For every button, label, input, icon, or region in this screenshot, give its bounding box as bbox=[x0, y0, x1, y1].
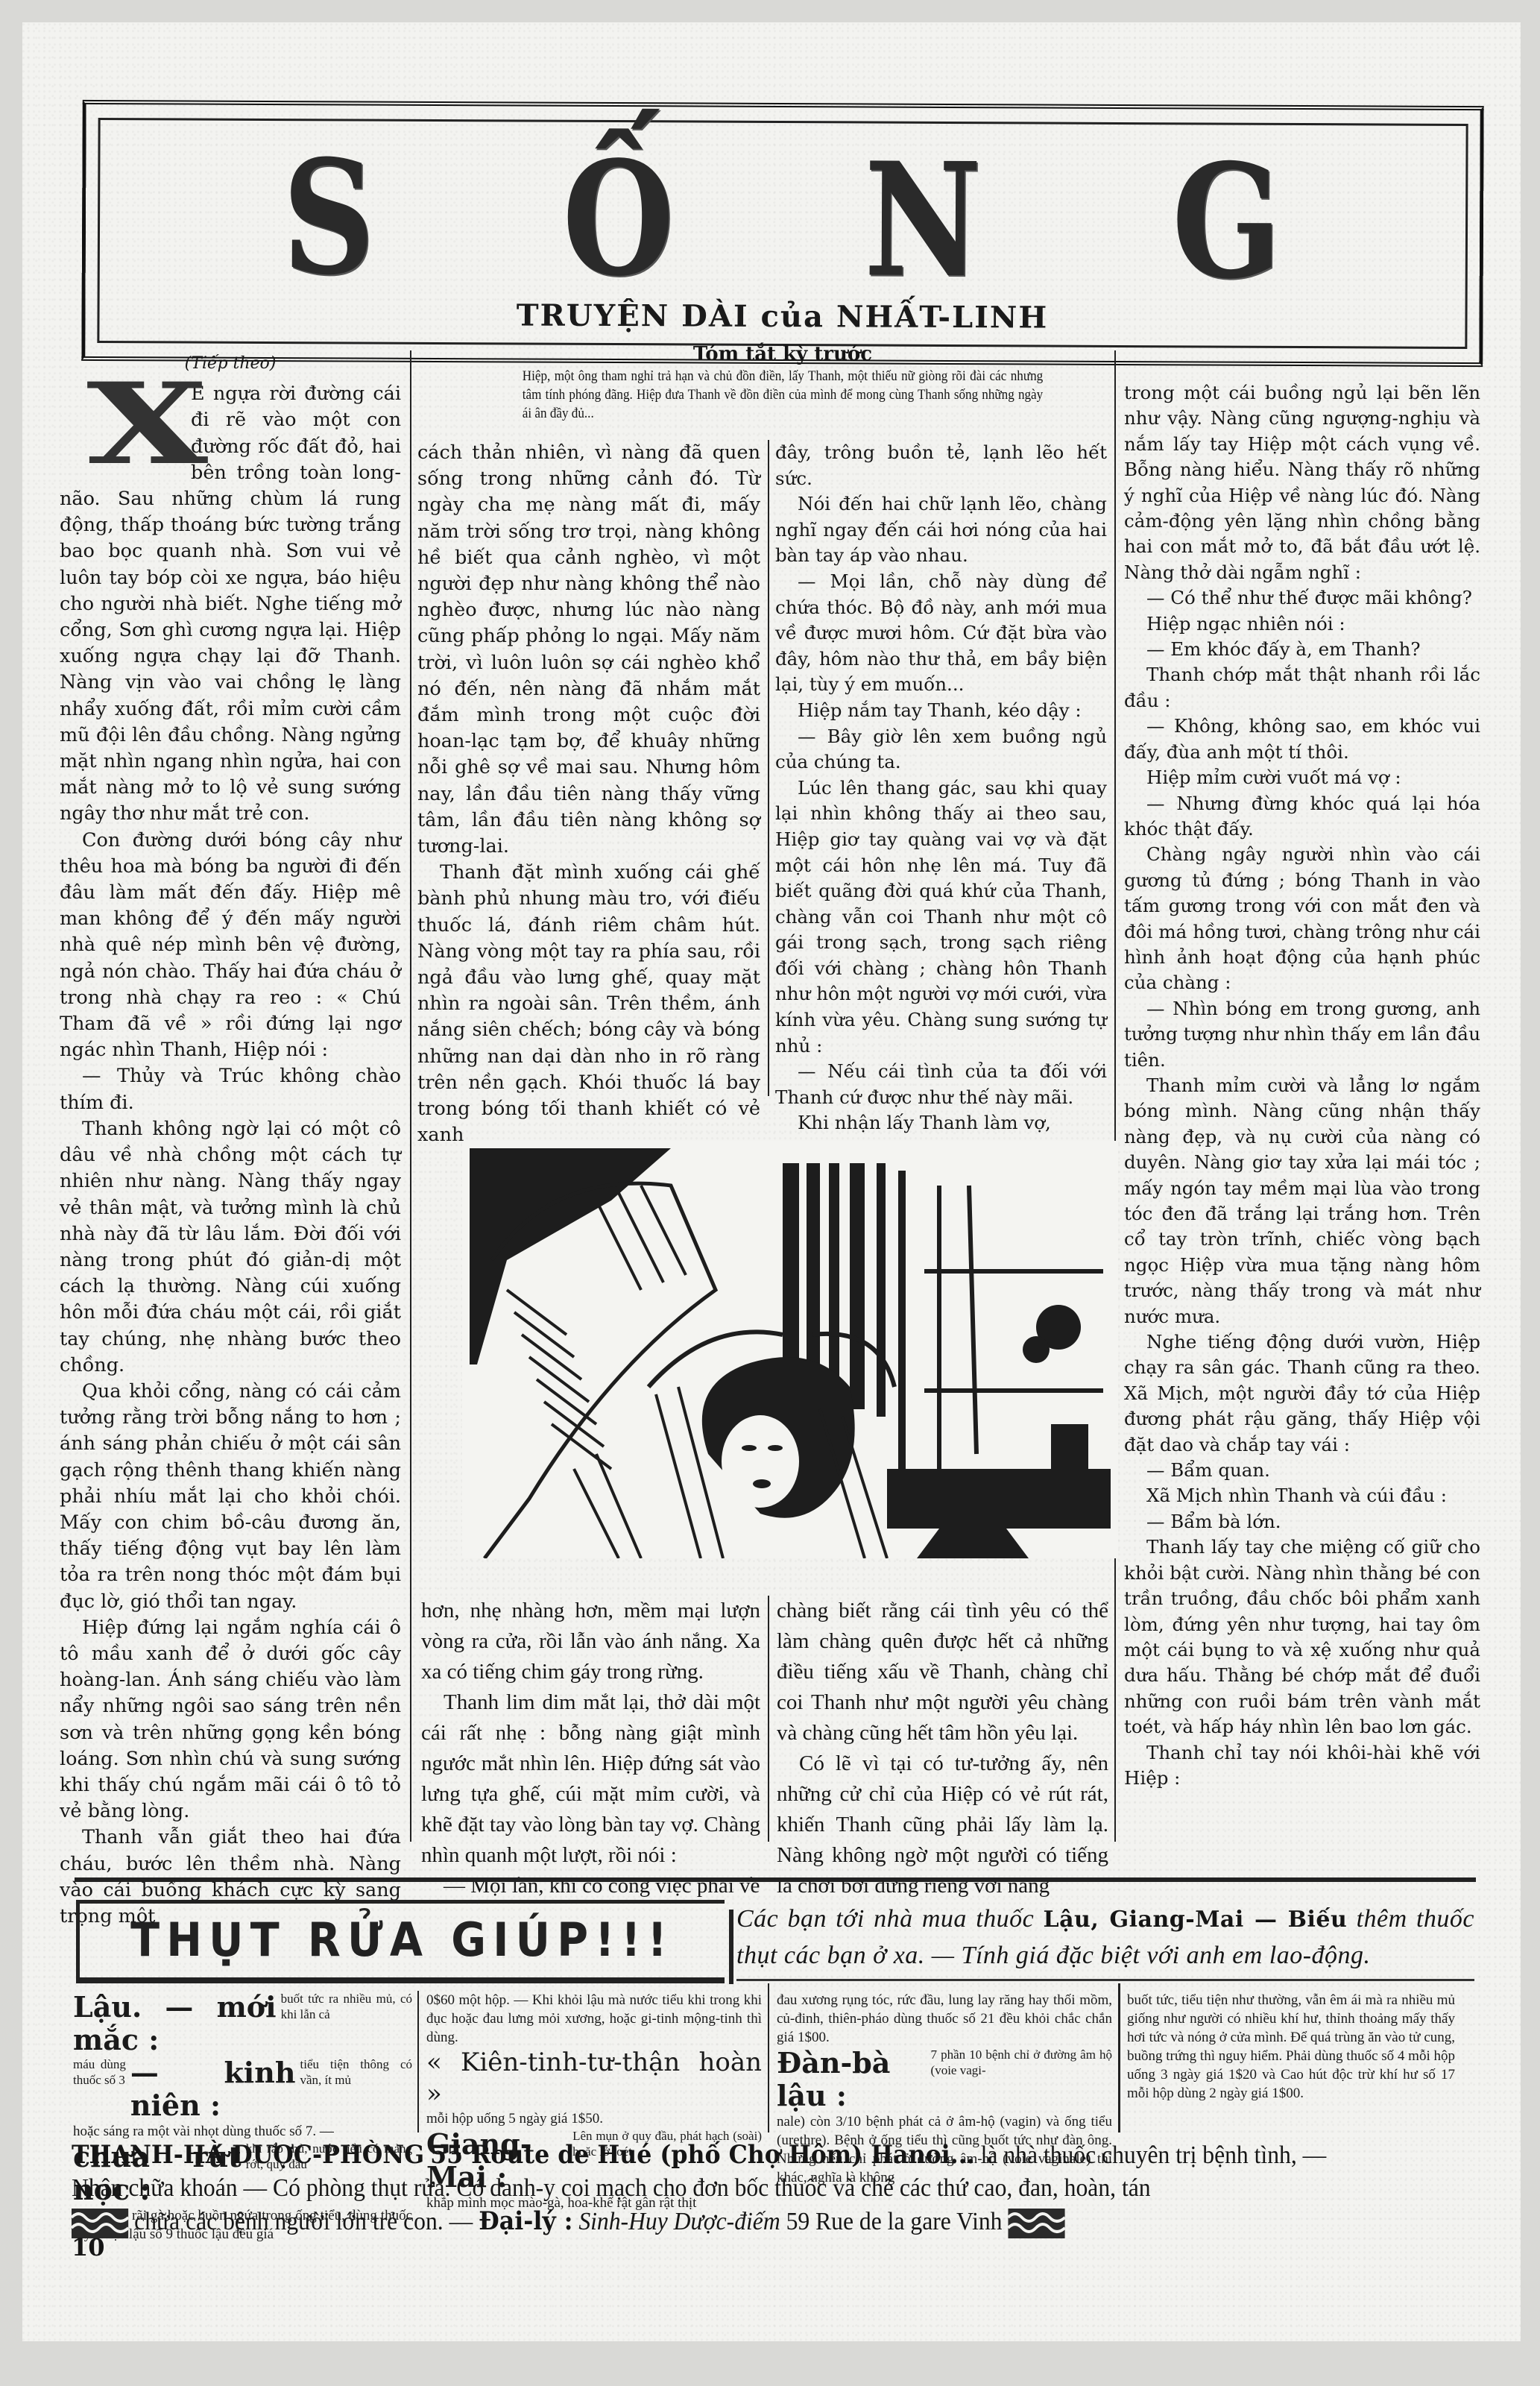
paragraph: Qua khỏi cổng, nàng có cái cảm tưởng rằn… bbox=[60, 1379, 401, 1615]
ad-row: máu dùng thuốc số 3 — kinh niên : tiểu t… bbox=[73, 2056, 412, 2122]
ad-headline: THỤT RỬA GIÚP!!! bbox=[106, 1913, 699, 1967]
article-column-2-lower: hơn, nhẹ nhàng hơn, mềm mại lượn vòng ra… bbox=[421, 1596, 760, 1901]
newspaper-page: S Ố N G TRUYỆN DÀI của NHẤT-LINH Tóm tắt… bbox=[22, 22, 1521, 2341]
paragraph: Thanh chỉ tay nói khôi-hài khẽ với Hiệp … bbox=[1124, 1740, 1480, 1792]
paragraph: Hiệp mỉm cười vuốt má vợ : bbox=[1124, 765, 1480, 790]
pharmacy-name: THANH-HÀ DƯỢC-PHÒNG bbox=[72, 2140, 424, 2170]
pharmacy-footer: THANH-HÀ DƯỢC-PHÒNG 55 Route de Hué (phố… bbox=[72, 2138, 1389, 2241]
paragraph: — Bây giờ lên xem buồng ngủ của chúng ta… bbox=[775, 724, 1107, 775]
paragraph: Hiệp ngạc nhiên nói : bbox=[1124, 611, 1480, 637]
paragraph: Nghe tiếng động dưới vườn, Hiệp chạy ra … bbox=[1124, 1329, 1480, 1458]
masthead-frame: S Ố N G TRUYỆN DÀI của NHẤT-LINH bbox=[81, 100, 1484, 367]
paragraph: Chàng ngây người nhìn vào cái gương tủ đ… bbox=[1124, 842, 1480, 995]
ad-column-divider bbox=[1118, 1983, 1120, 2132]
ad-text: 0$60 một hộp. — Khi khỏi lậu mà nước tiể… bbox=[426, 1991, 762, 2047]
paragraph: — Thủy và Trúc không chào thím đi. bbox=[60, 1063, 401, 1115]
agent-name: Sinh-Huy Dược-điếm bbox=[578, 2208, 780, 2235]
drop-cap: X bbox=[60, 384, 235, 466]
masthead-inner-border: S Ố N G TRUYỆN DÀI của NHẤT-LINH bbox=[97, 118, 1468, 349]
footer-line-2: Nhận chữa khoán — Có phòng thụt rửa. Có … bbox=[72, 2172, 1389, 2205]
paragraph: Hiệp nắm tay Thanh, kéo dậy : bbox=[775, 698, 1107, 724]
ad-row: Đàn-bà lậu : 7 phần 10 bệnh chỉ ở đường … bbox=[777, 2047, 1112, 2112]
paragraph: Khi nhận lấy Thanh làm vợ, bbox=[775, 1110, 1107, 1136]
ad-text: buốt tức ra nhiều mủ, có khi lẫn cả bbox=[281, 1991, 412, 2022]
paragraph: Nói đến hai chữ lạnh lẽo, chàng nghĩ nga… bbox=[775, 491, 1107, 569]
paragraph: — Có thể như thế được mãi không? bbox=[1124, 585, 1480, 611]
ad-tagline-pre: Các bạn tới nhà mua thuốc bbox=[736, 1905, 1034, 1933]
ad-top-rule bbox=[75, 1877, 1476, 1882]
opening-paragraph-wrap: X E ngựa rời đường cái đi rẽ vào một con… bbox=[60, 381, 401, 827]
summary-title: Tóm tắt kỳ trước bbox=[447, 343, 1118, 365]
ad-tagline-rule bbox=[736, 1979, 1474, 1981]
paragraph: chàng biết rằng cái tình yêu có thể làm … bbox=[777, 1596, 1108, 1748]
paragraph: Hiệp đứng lại ngắm nghía cái ô tô mầu xa… bbox=[60, 1615, 401, 1825]
article-column-4: trong một cái buồng ngủ lại bẽn lẽn như … bbox=[1124, 380, 1480, 1791]
footer-line-3: chữa các bệnh người lớn trẻ con. — Đại-l… bbox=[72, 2205, 1389, 2241]
column-divider bbox=[768, 1596, 769, 1842]
page-number: 10 bbox=[72, 2233, 105, 2261]
byline: TRUYỆN DÀI của NHẤT-LINH bbox=[99, 296, 1465, 337]
title-letter: N bbox=[864, 145, 982, 295]
paragraph: Thanh lim dim mắt lại, thở dài một cái r… bbox=[421, 1687, 760, 1871]
title-letter: G bbox=[1172, 147, 1282, 297]
paragraph: Con đường dưới bóng cây như thêu hoa mà … bbox=[60, 828, 401, 1064]
column-divider bbox=[1114, 350, 1116, 1842]
paragraph: đây, trông buồn tẻ, lạnh lẽo hết sức. bbox=[775, 440, 1107, 491]
paragraph: — Bẩm bà lớn. bbox=[1124, 1509, 1480, 1534]
summary-body: Hiệp, một ông tham nghỉ trả hạn và chủ đ… bbox=[481, 367, 1085, 423]
paragraph: Thanh lấy tay che miệng cố giữ cho khỏi … bbox=[1124, 1534, 1480, 1740]
paragraph: Xã Mịch nhìn Thanh và cúi đầu : bbox=[1124, 1483, 1480, 1508]
ad-column-divider bbox=[768, 1983, 769, 2132]
paragraph: — Nhưng đừng khóc quá lại hóa khóc thật … bbox=[1124, 791, 1480, 843]
title-letter: S bbox=[282, 143, 375, 293]
paragraph: — Em khóc đấy à, em Thanh? bbox=[1124, 637, 1480, 662]
paragraph: — Bẩm quan. bbox=[1124, 1458, 1480, 1483]
paragraph: trong một cái buồng ngủ lại bẽn lẽn như … bbox=[1124, 380, 1480, 585]
ad-row: Lậu. — mới mắc : buốt tức ra nhiều mủ, c… bbox=[73, 1991, 412, 2056]
ad-text: mỗi hộp uống 5 ngày giá 1$50. bbox=[426, 2109, 762, 2128]
ad-tagline-bold: Lậu, Giang-Mai — Biếu bbox=[1044, 1907, 1348, 1933]
ad-text: đau xương rụng tóc, rức đầu, lung lay ră… bbox=[777, 1991, 1112, 2047]
paragraph: — Mọi lần, khi có công việc phải về bbox=[421, 1871, 760, 1901]
paragraph: — Không, không sao, em khóc vui đấy, đùa… bbox=[1124, 714, 1480, 765]
paragraph: Thanh chớp mắt thật nhanh rồi lắc đầu : bbox=[1124, 662, 1480, 714]
paragraph: cách thản nhiên, vì nàng đã quen sống tr… bbox=[417, 440, 760, 860]
article-column-1: (Tiếp theo) X E ngựa rời đường cái đi rẽ… bbox=[60, 350, 401, 1930]
footer-text: chữa các bệnh người lớn trẻ con. — bbox=[134, 2208, 473, 2235]
footer-text: là nhà thuốc chuyên trị bệnh tình, — bbox=[981, 2141, 1327, 2169]
paragraph: — Nhìn bóng em trong gương, anh tưởng tư… bbox=[1124, 996, 1480, 1073]
column-divider bbox=[410, 350, 411, 1842]
column-divider bbox=[768, 440, 769, 1096]
previous-summary: Tóm tắt kỳ trước Hiệp, một ông tham nghỉ… bbox=[447, 343, 1118, 423]
footer-line-1: THANH-HÀ DƯỢC-PHÒNG 55 Route de Hué (phố… bbox=[72, 2138, 1389, 2172]
ad-column-divider bbox=[417, 1991, 419, 2132]
ad-tagline: Các bạn tới nhà mua thuốc Lậu, Giang-Mai… bbox=[736, 1901, 1474, 1974]
ad-column-continued: buốt tức, tiểu tiện như thường, vẫn êm á… bbox=[1127, 1991, 1455, 2103]
wave-ornament-icon bbox=[1008, 2206, 1064, 2241]
ad-text: máu dùng thuốc số 3 bbox=[73, 2056, 126, 2088]
paragraph: Thanh không ngờ lại có một cô dâu về nhà… bbox=[60, 1116, 401, 1379]
paragraph: Thanh đặt mình xuống cái ghế bành phủ nh… bbox=[417, 860, 760, 1148]
ad-text: tiểu tiện thông có vần, ít mủ bbox=[300, 2056, 413, 2088]
ad-headline-box: THỤT RỬA GIÚP!!! bbox=[76, 1900, 725, 1983]
ad-text: buốt tức, tiểu tiện như thường, vẫn êm á… bbox=[1127, 1991, 1455, 2103]
paragraph: — Mọi lần, chỗ này dùng để chứa thóc. Bộ… bbox=[775, 569, 1107, 698]
agent-address: 59 Rue de la gare Vinh bbox=[786, 2208, 1003, 2235]
paragraph: hơn, nhẹ nhàng hơn, mềm mại lượn vòng ra… bbox=[421, 1596, 760, 1687]
paragraph: Thanh mỉm cười và lẳng lơ ngắm bóng mình… bbox=[1124, 1073, 1480, 1329]
article-column-2-upper: cách thản nhiên, vì nàng đã quen sống tr… bbox=[417, 440, 760, 1148]
ad-heading: Lậu. — mới mắc : bbox=[73, 1991, 277, 2056]
ad-heading: — kinh niên : bbox=[130, 2056, 296, 2122]
ad-text: 7 phần 10 bệnh chỉ ở đường âm hộ (voie v… bbox=[931, 2047, 1112, 2078]
paragraph: — Nếu cái tình của ta đối với Thanh cứ đ… bbox=[775, 1059, 1107, 1110]
story-illustration bbox=[462, 1141, 1118, 1558]
woodcut-illustration-icon bbox=[462, 1141, 1118, 1558]
story-title: S Ố N G bbox=[100, 142, 1466, 298]
pharmacy-address: 55 Route de Hué (phố Chợ Hôm) Hanoi... bbox=[430, 2140, 975, 2170]
article-column-3-lower: chàng biết rằng cái tình yêu có thể làm … bbox=[777, 1596, 1108, 1901]
agent-label: Đại-lý : bbox=[479, 2206, 572, 2236]
paragraph: Lúc lên thang gác, sau khi quay lại nhìn… bbox=[775, 775, 1107, 1060]
ad-product-name: « Kiên-tinh-tư-thận hoàn » bbox=[426, 2047, 762, 2109]
title-letter: Ố bbox=[562, 145, 675, 295]
article-column-3-upper: đây, trông buồn tẻ, lạnh lẽo hết sức. Nó… bbox=[775, 440, 1107, 1136]
ad-heading: Đàn-bà lậu : bbox=[777, 2047, 927, 2112]
